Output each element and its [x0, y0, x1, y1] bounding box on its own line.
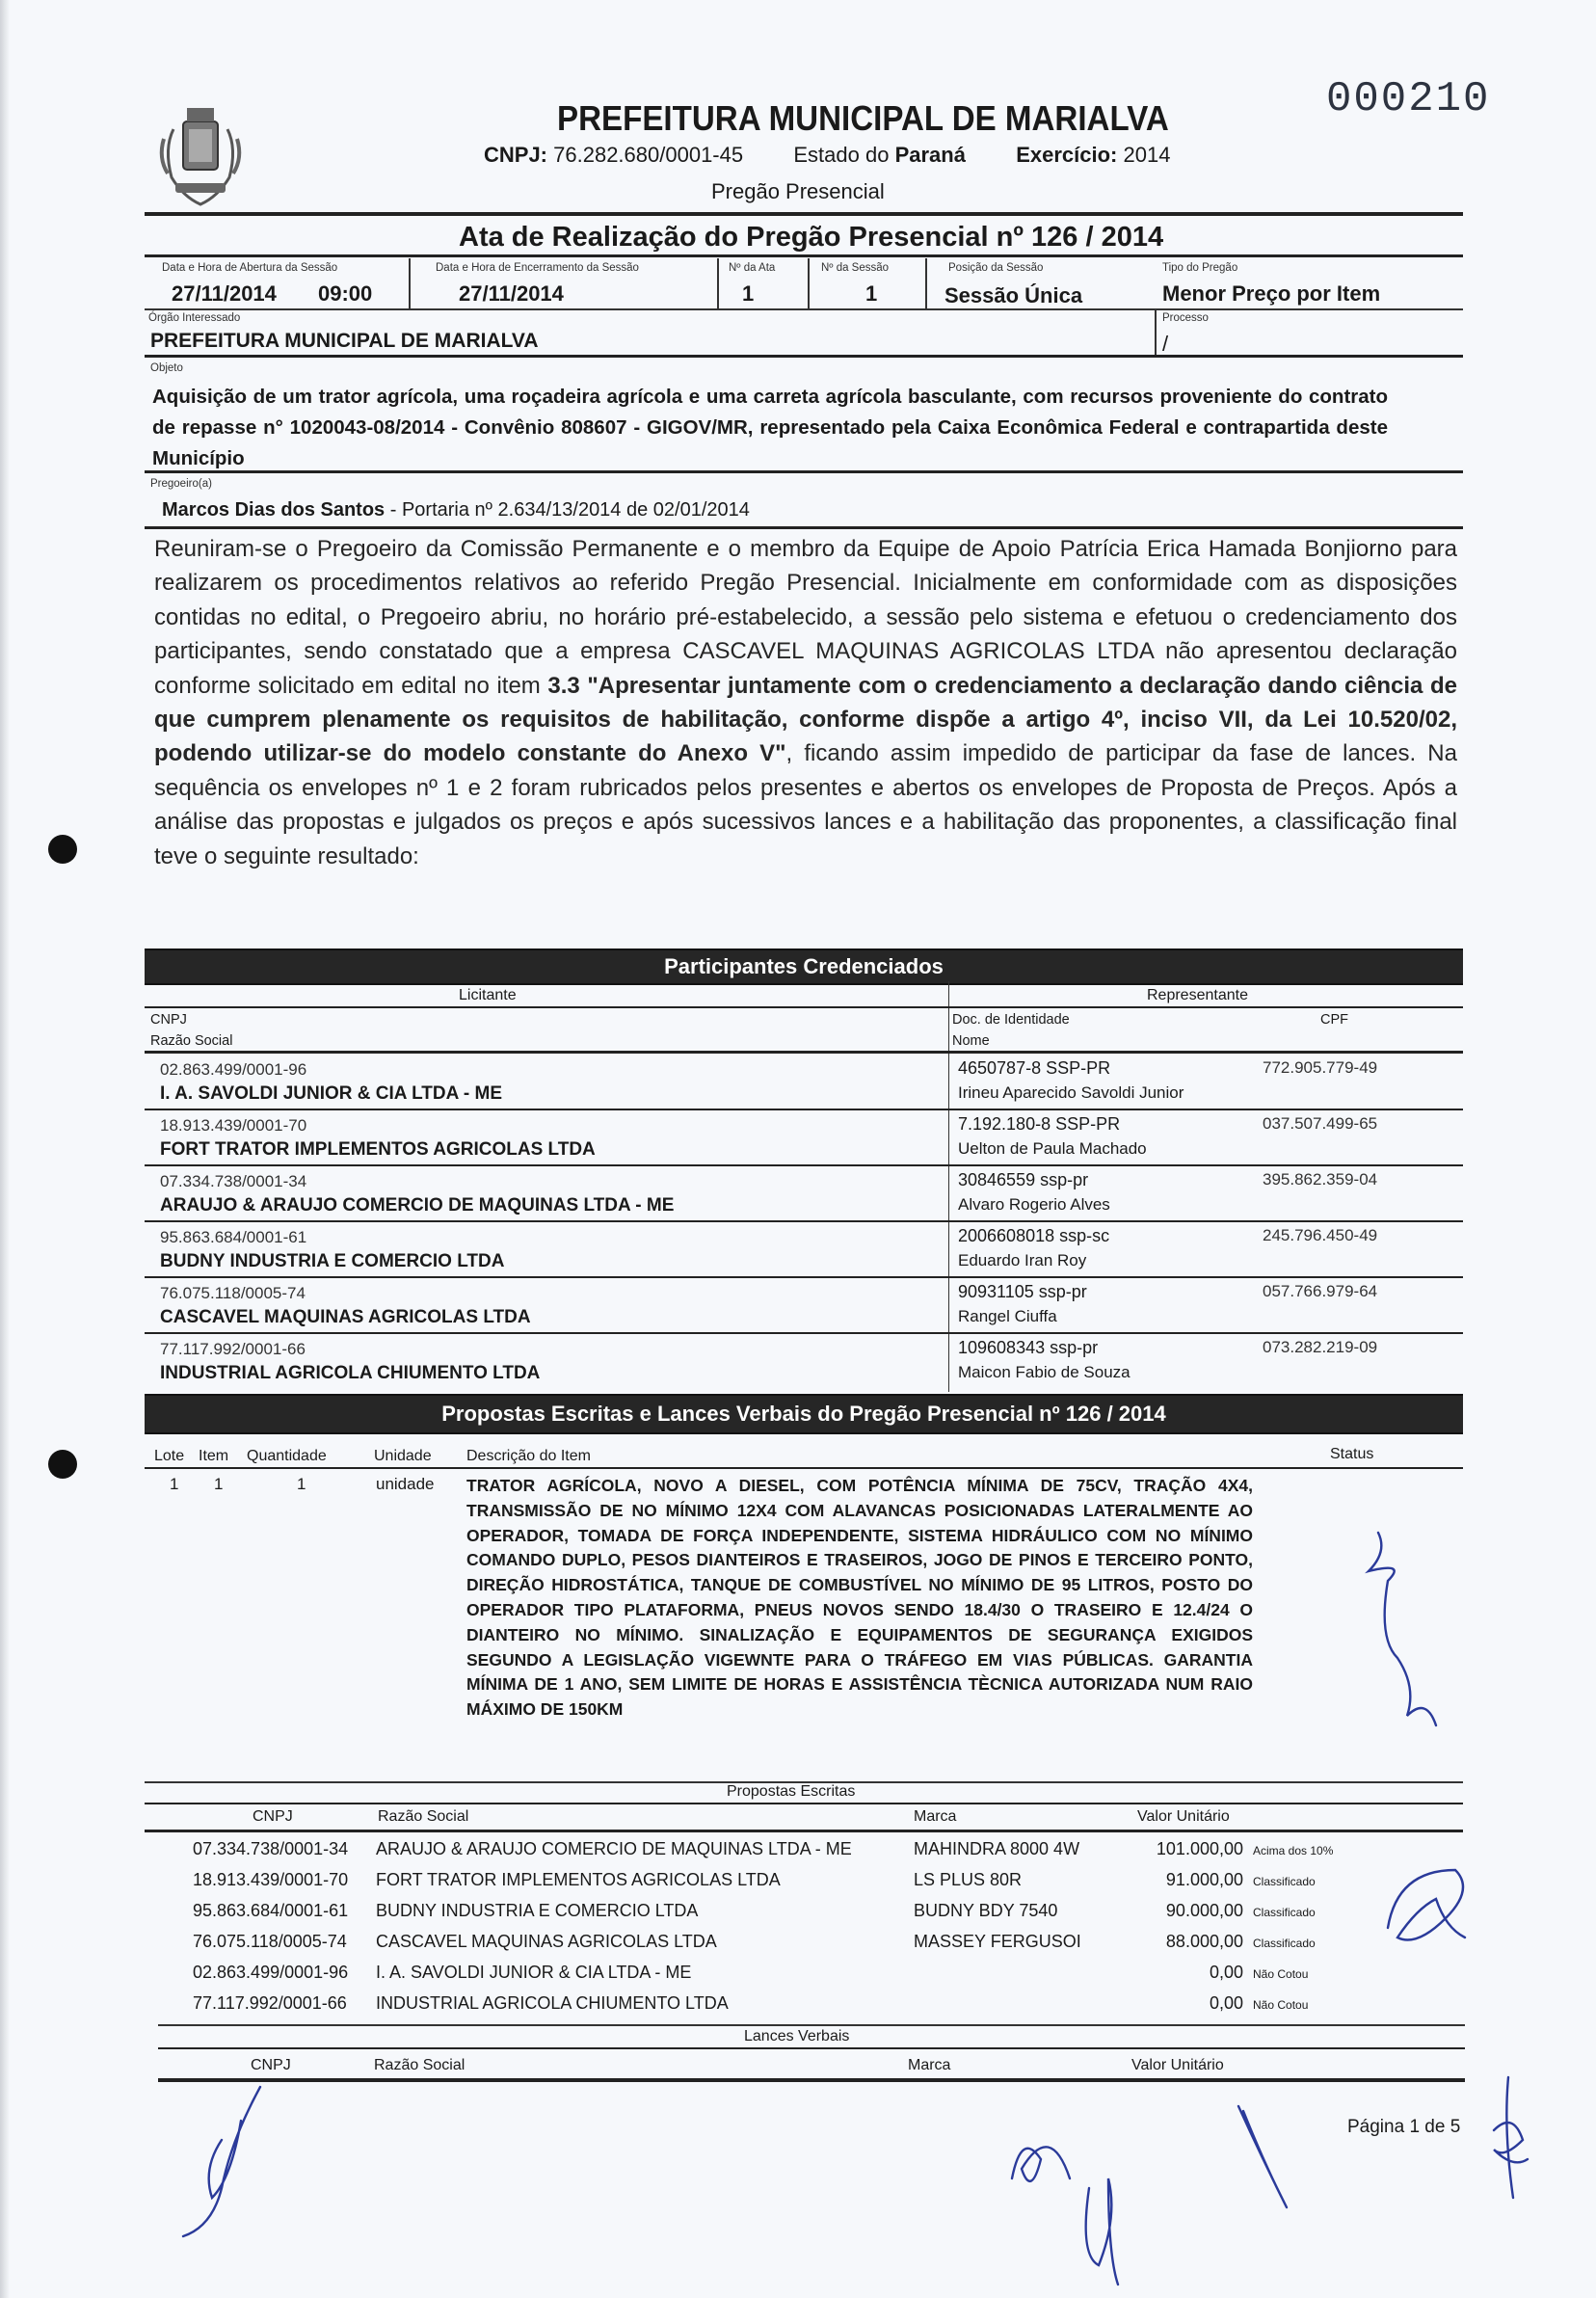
divider: [145, 1332, 1463, 1334]
proposta-marca: MASSEY FERGUSOI: [914, 1932, 1081, 1952]
participant-cpf: 037.507.499-65: [1263, 1114, 1377, 1134]
participant-cpf: 772.905.779-49: [1263, 1058, 1377, 1078]
participant-cnpj: 77.117.992/0001-66: [160, 1340, 306, 1359]
document-page: 000210 PREFEITURA MUNICIPAL DE MARIALVA …: [0, 0, 1596, 2298]
col-quantidade-header: Quantidade: [247, 1448, 327, 1465]
item-item: 1: [214, 1475, 223, 1494]
col-unidade-header: Unidade: [374, 1448, 432, 1465]
proposta-razao: BUDNY INDUSTRIA E COMERCIO LTDA: [376, 1901, 698, 1921]
participant-cnpj: 95.863.684/0001-61: [160, 1228, 306, 1247]
processo-label: Processo: [1162, 312, 1209, 324]
participant-cnpj: 76.075.118/0005-74: [160, 1284, 306, 1303]
participant-razao: CASCAVEL MAQUINAS AGRICOLAS LTDA: [160, 1307, 531, 1328]
signature-icon: [1349, 1523, 1446, 1754]
participant-cpf: 245.796.450-49: [1263, 1226, 1377, 1245]
participant-doc: 30846559 ssp-pr: [958, 1170, 1088, 1190]
n-sessao-value: 1: [865, 281, 877, 307]
proposta-cnpj: 02.863.499/0001-96: [193, 1963, 348, 1983]
pe-col-marca: Marca: [914, 1808, 956, 1826]
orgao-value: PREFEITURA MUNICIPAL DE MARIALVA: [150, 330, 539, 353]
divider: [145, 1276, 1463, 1278]
participant-cpf: 073.282.219-09: [1263, 1338, 1377, 1357]
page-stamp-number: 000210: [1326, 75, 1490, 123]
scan-edge: [0, 0, 10, 2298]
proposta-valor: 91.000,00: [1108, 1870, 1243, 1890]
participant-nome: Maicon Fabio de Souza: [958, 1363, 1130, 1382]
col-doc-header: Doc. de Identidade: [952, 1012, 1070, 1028]
divider: [145, 1220, 1463, 1222]
divider: [158, 2024, 1465, 2026]
punch-hole: [48, 1450, 77, 1479]
proposta-marca: LS PLUS 80R: [914, 1870, 1022, 1890]
pe-col-cnpj: CNPJ: [253, 1808, 293, 1826]
abertura-time: 09:00: [318, 281, 372, 307]
ata-body-text: Reuniram-se o Pregoeiro da Comissão Perm…: [154, 532, 1457, 873]
pregoeiro-label: Pregoeiro(a): [150, 478, 212, 490]
proposta-status: Acima dos 10%: [1253, 1844, 1333, 1857]
column-separator: [925, 258, 927, 308]
ata-title: Ata de Realização do Pregão Presencial n…: [459, 222, 1163, 254]
divider: [145, 526, 1463, 529]
exercicio-value: 2014: [1124, 143, 1171, 167]
participant-razao: I. A. SAVOLDI JUNIOR & CIA LTDA - ME: [160, 1083, 502, 1105]
column-separator: [717, 258, 719, 308]
proposta-cnpj: 18.913.439/0001-70: [193, 1870, 348, 1890]
participant-nome: Eduardo Iran Roy: [958, 1251, 1086, 1270]
orgao-label: Órgão Interessado: [148, 312, 240, 324]
divider: [145, 308, 1463, 310]
proposta-cnpj: 95.863.684/0001-61: [193, 1901, 348, 1921]
divider: [145, 212, 1463, 216]
estado-value: Paraná: [895, 143, 966, 167]
col-razao-header: Razão Social: [150, 1033, 232, 1049]
participant-doc: 90931105 ssp-pr: [958, 1282, 1087, 1302]
participant-razao: BUDNY INDUSTRIA E COMERCIO LTDA: [160, 1251, 504, 1272]
header-title: PREFEITURA MUNICIPAL DE MARIALVA: [557, 98, 1169, 139]
proposta-cnpj: 76.075.118/0005-74: [193, 1932, 347, 1952]
proposta-razao: INDUSTRIAL AGRICOLA CHIUMENTO LTDA: [376, 1993, 729, 2014]
lv-col-cnpj: CNPJ: [251, 2057, 291, 2074]
divider: [145, 1803, 1463, 1804]
n-ata-label: Nº da Ata: [729, 262, 775, 274]
propostas-band: Propostas Escritas e Lances Verbais do P…: [145, 1394, 1463, 1434]
signature-icon: [1484, 2072, 1532, 2207]
signature-icon: [1002, 2101, 1157, 2294]
header-subline: CNPJ: 76.282.680/0001-45 Estado do Paran…: [484, 143, 1170, 168]
proposta-status: Classificado: [1253, 1906, 1316, 1919]
n-ata-value: 1: [742, 281, 754, 307]
item-descricao: TRATOR AGRÍCOLA, NOVO A DIESEL, COM POTÊ…: [466, 1474, 1253, 1723]
proposta-razao: CASCAVEL MAQUINAS AGRICOLAS LTDA: [376, 1932, 717, 1952]
pe-col-razao: Razão Social: [378, 1808, 468, 1826]
proposta-valor: 90.000,00: [1108, 1901, 1243, 1921]
proposta-valor: 0,00: [1108, 1993, 1243, 2014]
signature-icon: [1234, 2101, 1291, 2217]
participant-cpf: 057.766.979-64: [1263, 1282, 1377, 1301]
participant-cnpj: 07.334.738/0001-34: [160, 1172, 306, 1191]
exercicio-label: Exercício:: [1016, 143, 1117, 167]
divider: [145, 1164, 1463, 1166]
participant-cpf: 395.862.359-04: [1263, 1170, 1377, 1189]
lv-col-razao: Razão Social: [374, 2057, 465, 2074]
pregoeiro-portaria: - Portaria nº 2.634/13/2014 de 02/01/201…: [385, 499, 750, 521]
encerramento-value: 27/11/2014: [459, 281, 564, 307]
participant-nome: Uelton de Paula Machado: [958, 1139, 1147, 1159]
column-separator: [1155, 308, 1157, 357]
proposta-valor: 101.000,00: [1108, 1839, 1243, 1859]
participant-nome: Irineu Aparecido Savoldi Junior: [958, 1083, 1184, 1103]
processo-value: /: [1162, 332, 1168, 357]
proposta-cnpj: 07.334.738/0001-34: [193, 1839, 348, 1859]
proposta-status: Não Cotou: [1253, 1967, 1308, 1981]
participant-cnpj: 18.913.439/0001-70: [160, 1116, 306, 1136]
participant-doc: 7.192.180-8 SSP-PR: [958, 1114, 1120, 1135]
divider: [145, 470, 1463, 473]
lances-verbais-title: Lances Verbais: [744, 2028, 849, 2045]
item-unidade: unidade: [376, 1475, 435, 1494]
cnpj-label: CNPJ:: [484, 143, 547, 167]
proposta-razao: FORT TRATOR IMPLEMENTOS AGRICOLAS LTDA: [376, 1870, 781, 1890]
proposta-razao: ARAUJO & ARAUJO COMERCIO DE MAQUINAS LTD…: [376, 1839, 852, 1859]
lv-col-valor: Valor Unitário: [1131, 2057, 1224, 2074]
col-nome-header: Nome: [952, 1033, 990, 1049]
col-status-header: Status: [1330, 1446, 1373, 1463]
pregoeiro-name: Marcos Dias dos Santos: [162, 499, 385, 521]
divider: [145, 254, 1463, 257]
col-lote-header: Lote: [154, 1448, 184, 1465]
column-separator: [808, 258, 810, 308]
lv-col-marca: Marca: [908, 2057, 950, 2074]
participant-razao: FORT TRATOR IMPLEMENTOS AGRICOLAS LTDA: [160, 1139, 596, 1161]
signature-icon: [1378, 1851, 1484, 1966]
divider: [145, 1051, 1463, 1054]
participant-doc: 4650787-8 SSP-PR: [958, 1058, 1110, 1079]
estado-label: Estado do: [793, 143, 889, 167]
col-item-header: Item: [199, 1448, 228, 1465]
col-descricao-header: Descrição do Item: [466, 1448, 591, 1465]
posicao-value: Sessão Única: [944, 283, 1082, 308]
tipo-label: Tipo do Pregão: [1162, 262, 1237, 274]
pe-col-valor: Valor Unitário: [1137, 1808, 1230, 1826]
proposta-valor: 88.000,00: [1108, 1932, 1243, 1952]
participant-cnpj: 02.863.499/0001-96: [160, 1060, 306, 1080]
divider: [145, 1830, 1463, 1832]
divider: [158, 2078, 1465, 2082]
proposta-status: Classificado: [1253, 1875, 1316, 1888]
pregoeiro-line: Marcos Dias dos Santos - Portaria nº 2.6…: [162, 499, 750, 521]
column-separator: [409, 258, 411, 308]
col-cnpj-header: CNPJ: [150, 1012, 187, 1028]
participant-razao: ARAUJO & ARAUJO COMERCIO DE MAQUINAS LTD…: [160, 1195, 674, 1216]
proposta-marca: MAHINDRA 8000 4W: [914, 1839, 1079, 1859]
participant-doc: 109608343 ssp-pr: [958, 1338, 1098, 1358]
coat-of-arms-logo: [154, 100, 247, 208]
cnpj-value: 76.282.680/0001-45: [553, 143, 743, 167]
proposta-valor: 0,00: [1108, 1963, 1243, 1983]
punch-hole: [48, 835, 77, 864]
n-sessao-label: Nº da Sessão: [821, 262, 889, 274]
posicao-label: Posição da Sessão: [948, 262, 1043, 274]
propostas-escritas-title: Propostas Escritas: [727, 1783, 855, 1801]
tipo-value: Menor Preço por Item: [1162, 281, 1380, 307]
participant-razao: INDUSTRIAL AGRICOLA CHIUMENTO LTDA: [160, 1363, 540, 1384]
licitante-header: Licitante: [459, 987, 517, 1004]
proposta-status: Classificado: [1253, 1937, 1316, 1950]
abertura-date: 27/11/2014: [172, 281, 277, 307]
participant-nome: Alvaro Rogerio Alves: [958, 1195, 1110, 1215]
item-lote: 1: [170, 1475, 178, 1494]
encerramento-label: Data e Hora de Encerramento da Sessão: [436, 262, 639, 274]
proposta-status: Não Cotou: [1253, 1998, 1308, 2012]
divider: [145, 1467, 1463, 1469]
item-quantidade: 1: [297, 1475, 306, 1494]
participant-nome: Rangel Ciuffa: [958, 1307, 1057, 1326]
proposta-cnpj: 77.117.992/0001-66: [193, 1993, 347, 2014]
participantes-band: Participantes Credenciados: [145, 949, 1463, 985]
participant-doc: 2006608018 ssp-sc: [958, 1226, 1109, 1246]
representante-header: Representante: [1147, 987, 1248, 1004]
proposta-marca: BUDNY BDY 7540: [914, 1901, 1057, 1921]
page-number: Página 1 de 5: [1347, 2117, 1460, 2138]
divider: [145, 355, 1463, 358]
abertura-label: Data e Hora de Abertura da Sessão: [162, 262, 337, 274]
divider: [145, 1109, 1463, 1110]
header-modalidade: Pregão Presencial: [711, 179, 885, 204]
divider: [158, 2047, 1465, 2049]
divider: [145, 1006, 1463, 1008]
objeto-label: Objeto: [150, 362, 183, 374]
column-separator: [948, 981, 949, 1392]
proposta-razao: I. A. SAVOLDI JUNIOR & CIA LTDA - ME: [376, 1963, 691, 1983]
objeto-text: Aquisição de um trator agrícola, uma roç…: [152, 382, 1388, 474]
signature-icon: [173, 2082, 270, 2246]
col-cpf-header: CPF: [1320, 1012, 1348, 1028]
